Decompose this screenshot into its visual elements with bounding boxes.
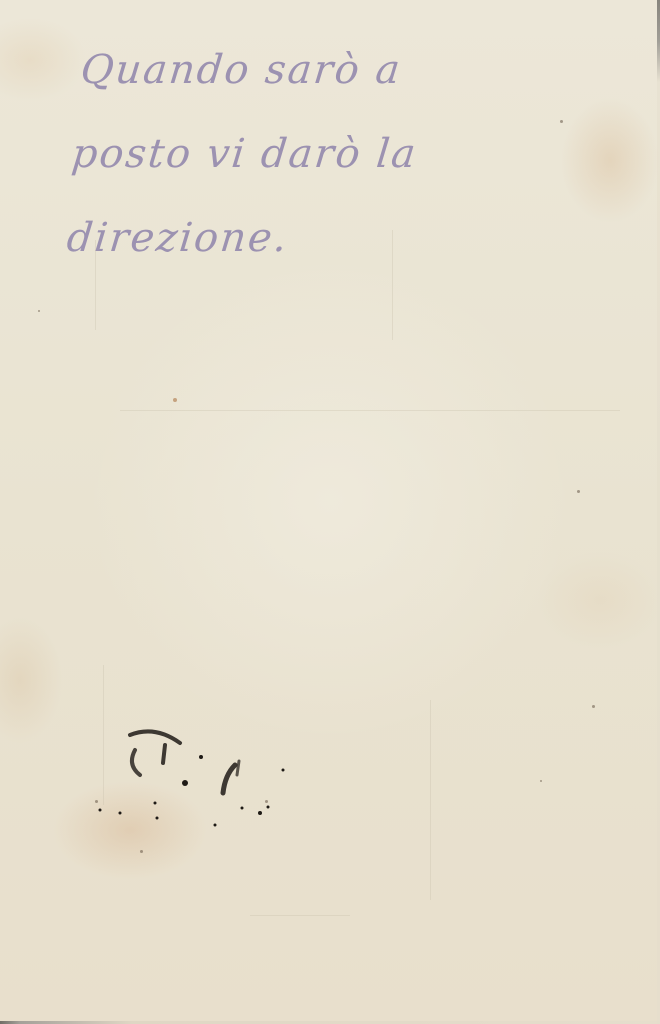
paper-speck [173, 398, 177, 402]
message-line-3: direzione. [63, 196, 588, 280]
paper-speck [540, 780, 542, 782]
message-line-2: posto vi darò la [68, 112, 597, 196]
paper-speck [592, 705, 595, 708]
paper-speck [95, 800, 98, 803]
postmark-smudge [85, 715, 285, 835]
paper-speck [140, 850, 143, 853]
ink-smudge-icon [85, 715, 285, 835]
paper-speck [577, 490, 580, 493]
emboss-line [120, 410, 620, 411]
message-line-1: Quando sarò a [76, 28, 605, 112]
handwritten-message: Quando sarò a posto vi darò la direzione… [59, 28, 605, 280]
postcard-back: Quando sarò a posto vi darò la direzione… [0, 0, 660, 1024]
emboss-line [250, 915, 350, 916]
emboss-line [430, 700, 431, 900]
paper-speck [265, 800, 268, 803]
paper-speck [560, 120, 563, 123]
paper-speck [38, 310, 40, 312]
